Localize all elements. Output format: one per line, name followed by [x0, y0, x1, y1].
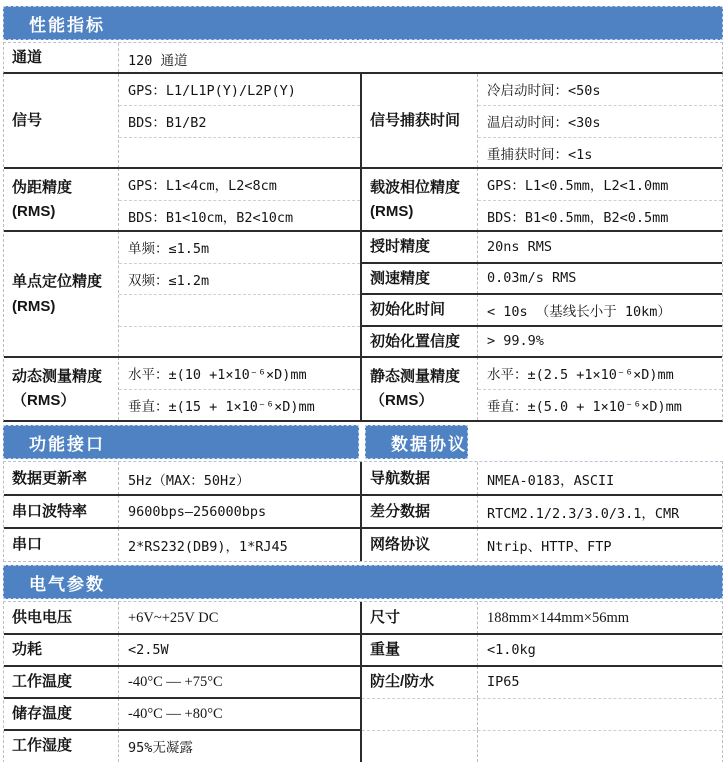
section-header-protocol: 数据协议 [365, 425, 468, 459]
spec-label-text: 通道 [12, 49, 118, 66]
electrical-grid: 供电电压 +6V~+25V DC 功耗 <2.5W 工作 [3, 601, 723, 762]
spec-label: 网络协议 [362, 528, 478, 561]
split-headers: 功能接口 数据协议 [3, 425, 723, 461]
spec-values: RTCM2.1/2.3/3.0/3.1，CMR [478, 495, 722, 528]
spec-label-sub: （RMS） [12, 392, 118, 409]
spec-value [478, 698, 722, 730]
spec-value: 垂直：±(15 + 1×10⁻⁶×D)mm [119, 389, 360, 421]
spec-group-dimensions: 尺寸 188mm×144mm×56mm [362, 602, 722, 634]
performance-grid: 信号 GPS：L1/L1P(Y)/L2P(Y) BDS：B1/B2 伪距精度 (… [3, 74, 723, 423]
section-title: 电气参数 [29, 570, 105, 595]
spec-value: GPS：L1/L1P(Y)/L2P(Y) [119, 74, 360, 106]
spec-label-text: 信号 [12, 112, 118, 129]
spec-values: 120 通道 [119, 43, 722, 72]
spec-values: GPS：L1<0.5mm，L2<1.0mm BDS：B1<0.5mm，B2<0.… [478, 168, 722, 231]
spec-value: 单频：≤1.5m [119, 231, 360, 263]
spec-values: Ntrip、HTTP、FTP [478, 528, 722, 561]
spec-values: 2*RS232(DB9)，1*RJ45 [119, 528, 360, 561]
spec-group-velocity: 测速精度 0.03m/s RMS [362, 263, 722, 295]
spec-value: <1.0kg [478, 634, 722, 666]
spec-group-signal: 信号 GPS：L1/L1P(Y)/L2P(Y) BDS：B1/B2 [4, 74, 360, 169]
spec-value: -40°C — +80°C [119, 698, 360, 730]
spec-value [119, 326, 360, 358]
spec-values: 95%无凝露 [119, 730, 360, 762]
spec-group-serial-port: 串口 2*RS232(DB9)，1*RJ45 [4, 528, 360, 561]
spec-group-weight: 重量 <1.0kg [362, 634, 722, 666]
spec-value: 20ns RMS [478, 231, 722, 263]
spec-label: 通道 [4, 43, 119, 72]
spec-label: 初始化置信度 [362, 326, 478, 358]
spec-label-sub: (RMS) [12, 203, 118, 220]
spec-value: -40°C — +75°C [119, 666, 360, 698]
spec-value: 120 通道 [119, 43, 722, 75]
spec-label-text: 数据更新率 [12, 470, 118, 487]
spec-label-text: 串口 [12, 536, 118, 553]
spec-value: 双频：≤1.2m [119, 263, 360, 295]
spec-value: 2*RS232(DB9)，1*RJ45 [119, 528, 360, 561]
spec-group-init-time: 初始化时间 < 10s （基线长小于 10km） [362, 294, 722, 326]
spec-label-text: 初始化置信度 [370, 333, 477, 350]
spec-values [478, 730, 722, 762]
section-interface-protocol: 功能接口 数据协议 数据更新率 5Hz（MAX：50Hz） 串口波特率 [3, 425, 723, 562]
spec-value: 0.03m/s RMS [478, 263, 722, 295]
spec-value: BDS：B1/B2 [119, 105, 360, 137]
spec-group-static-accuracy: 静态测量精度 （RMS） 水平：±(2.5 +1×10⁻⁶×D)mm 垂直：±(… [362, 357, 722, 420]
section-performance: 性能指标 通道 120 通道 信号 GPS：L1/L1P(Y)/L2P(Y) B… [3, 6, 723, 422]
spec-value: 9600bps—256000bps [119, 495, 360, 528]
spec-label: 载波相位精度 (RMS) [362, 168, 478, 231]
spec-values: -40°C — +75°C [119, 666, 360, 698]
performance-right-column: 信号捕获时间 冷启动时间：<50s 温启动时间：<30s 重捕获时间：<1s 载… [360, 74, 722, 421]
spec-label-text: 防尘/防水 [370, 673, 477, 690]
spec-label-text: 尺寸 [370, 609, 477, 626]
spec-value: > 99.9% [478, 326, 722, 358]
spec-label: 串口波特率 [4, 495, 119, 528]
spec-label: 信号捕获时间 [362, 74, 478, 169]
spec-group-network-protocol: 网络协议 Ntrip、HTTP、FTP [362, 528, 722, 561]
spec-label-text: 供电电压 [12, 609, 118, 626]
spec-value: NMEA-0183，ASCII [478, 462, 722, 495]
spec-values: 9600bps—256000bps [119, 495, 360, 528]
spec-group-carrier-phase: 载波相位精度 (RMS) GPS：L1<0.5mm，L2<1.0mm BDS：B… [362, 168, 722, 231]
table-row-channel: 通道 120 通道 [3, 42, 723, 74]
spec-label: 单点定位精度 (RMS) [4, 231, 119, 357]
spec-label: 数据更新率 [4, 462, 119, 495]
spec-label: 工作温度 [4, 666, 119, 698]
spec-label-sub: (RMS) [370, 203, 477, 220]
spec-group-init-confidence: 初始化置信度 > 99.9% [362, 326, 722, 358]
spec-label-text: 测速精度 [370, 270, 477, 287]
spec-value [478, 730, 722, 762]
spec-value [119, 137, 360, 169]
spec-values: +6V~+25V DC [119, 602, 360, 634]
spec-label: 功耗 [4, 634, 119, 666]
spec-group-nav-data: 导航数据 NMEA-0183，ASCII [362, 462, 722, 495]
spec-value: RTCM2.1/2.3/3.0/3.1，CMR [478, 495, 722, 528]
spec-label-text: 功耗 [12, 641, 118, 658]
section-title: 性能指标 [29, 11, 105, 36]
protocol-column: 导航数据 NMEA-0183，ASCII 差分数据 RTCM2.1/2.3/3.… [360, 462, 722, 561]
spec-values [478, 698, 722, 730]
spec-label: 串口 [4, 528, 119, 561]
spec-label-text: 动态测量精度 [12, 368, 118, 385]
spec-label-text: 导航数据 [370, 470, 477, 487]
interface-protocol-grid: 数据更新率 5Hz（MAX：50Hz） 串口波特率 9600bps—256000… [3, 461, 723, 562]
spec-label: 差分数据 [362, 495, 478, 528]
spec-label-text: 网络协议 [370, 536, 477, 553]
interface-column: 数据更新率 5Hz（MAX：50Hz） 串口波特率 9600bps—256000… [4, 462, 360, 561]
spec-value: 188mm×144mm×56mm [478, 602, 722, 634]
spec-group-baud-rate: 串口波特率 9600bps—256000bps [4, 495, 360, 528]
spec-value: 垂直：±(5.0 + 1×10⁻⁶×D)mm [478, 389, 722, 421]
spec-value: 水平：±(2.5 +1×10⁻⁶×D)mm [478, 357, 722, 389]
spec-group-storage-temp: 储存温度 -40°C — +80°C [4, 698, 360, 730]
spec-value: < 10s （基线长小于 10km） [478, 294, 722, 326]
spec-group-operating-humidity: 工作湿度 95%无凝露 [4, 730, 360, 762]
spec-group-dynamic-accuracy: 动态测量精度 （RMS） 水平：±(10 +1×10⁻⁶×D)mm 垂直：±(1… [4, 357, 360, 420]
spec-label: 静态测量精度 （RMS） [362, 357, 478, 420]
spec-label: 授时精度 [362, 231, 478, 263]
spec-label: 尺寸 [362, 602, 478, 634]
spec-values: 单频：≤1.5m 双频：≤1.2m [119, 231, 360, 357]
spec-values: 20ns RMS [478, 231, 722, 263]
spec-label-text: 重量 [370, 641, 477, 658]
spec-label: 防尘/防水 [362, 666, 478, 698]
spec-group-power-consumption: 功耗 <2.5W [4, 634, 360, 666]
spec-sheet: 性能指标 通道 120 通道 信号 GPS：L1/L1P(Y)/L2P(Y) B… [0, 0, 726, 762]
spec-values: GPS：L1<4cm，L2<8cm BDS：B1<10cm，B2<10cm [119, 168, 360, 231]
spec-group-timing: 授时精度 20ns RMS [362, 231, 722, 263]
spec-label-text: 工作温度 [12, 673, 118, 690]
section-electrical: 电气参数 供电电压 +6V~+25V DC 功耗 <2.5W [3, 565, 723, 762]
spec-values: IP65 [478, 666, 722, 698]
spec-label-text: 差分数据 [370, 503, 477, 520]
spec-value: GPS：L1<0.5mm，L2<1.0mm [478, 168, 722, 200]
spec-values: 水平：±(2.5 +1×10⁻⁶×D)mm 垂直：±(5.0 + 1×10⁻⁶×… [478, 357, 722, 420]
spec-label: 测速精度 [362, 263, 478, 295]
section-title: 功能接口 [29, 430, 105, 455]
spec-values: NMEA-0183，ASCII [478, 462, 722, 495]
spec-label-text: 储存温度 [12, 705, 118, 722]
spec-values: 188mm×144mm×56mm [478, 602, 722, 634]
spec-values: 0.03m/s RMS [478, 263, 722, 295]
spec-value: Ntrip、HTTP、FTP [478, 528, 722, 561]
section-header-electrical: 电气参数 [3, 565, 723, 599]
spec-values: > 99.9% [478, 326, 722, 358]
spec-group-diff-data: 差分数据 RTCM2.1/2.3/3.0/3.1，CMR [362, 495, 722, 528]
spec-value: 95%无凝露 [119, 730, 360, 762]
spec-value: 水平：±(10 +1×10⁻⁶×D)mm [119, 357, 360, 389]
spec-label-sub: (RMS) [12, 298, 118, 315]
spec-group-empty [362, 698, 722, 730]
spec-values: 水平：±(10 +1×10⁻⁶×D)mm 垂直：±(15 + 1×10⁻⁶×D)… [119, 357, 360, 420]
spec-label-text: 信号捕获时间 [370, 112, 477, 129]
section-header-performance: 性能指标 [3, 6, 723, 40]
spec-group-operating-temp: 工作温度 -40°C — +75°C [4, 666, 360, 698]
spec-values: 5Hz（MAX：50Hz） [119, 462, 360, 495]
spec-value: 温启动时间：<30s [478, 105, 722, 137]
spec-group-supply-voltage: 供电电压 +6V~+25V DC [4, 602, 360, 634]
spec-label: 信号 [4, 74, 119, 169]
spec-group-ip-rating: 防尘/防水 IP65 [362, 666, 722, 698]
spec-label [362, 698, 478, 730]
spec-value: <2.5W [119, 634, 360, 666]
spec-label-text: 静态测量精度 [370, 368, 477, 385]
spec-label [362, 730, 478, 762]
spec-label: 导航数据 [362, 462, 478, 495]
spec-label-text: 载波相位精度 [370, 179, 477, 196]
spec-label: 重量 [362, 634, 478, 666]
spec-values: < 10s （基线长小于 10km） [478, 294, 722, 326]
spec-label-text: 授时精度 [370, 238, 477, 255]
spec-group-acquisition: 信号捕获时间 冷启动时间：<50s 温启动时间：<30s 重捕获时间：<1s [362, 74, 722, 169]
spec-group-single-point: 单点定位精度 (RMS) 单频：≤1.5m 双频：≤1.2m [4, 231, 360, 357]
spec-label: 初始化时间 [362, 294, 478, 326]
spec-value: IP65 [478, 666, 722, 698]
electrical-left-column: 供电电压 +6V~+25V DC 功耗 <2.5W 工作 [4, 602, 360, 762]
spec-value: 5Hz（MAX：50Hz） [119, 462, 360, 495]
spec-label-text: 串口波特率 [12, 503, 118, 520]
spec-label: 储存温度 [4, 698, 119, 730]
section-title: 数据协议 [391, 430, 467, 455]
spec-value: GPS：L1<4cm，L2<8cm [119, 168, 360, 200]
spec-label-text: 伪距精度 [12, 179, 118, 196]
spec-label-text: 初始化时间 [370, 301, 477, 318]
spec-label-sub: （RMS） [370, 392, 477, 409]
spec-label: 工作湿度 [4, 730, 119, 762]
spec-value: +6V~+25V DC [119, 602, 360, 634]
spec-label: 伪距精度 (RMS) [4, 168, 119, 231]
spec-label: 动态测量精度 （RMS） [4, 357, 119, 420]
spec-value [119, 294, 360, 326]
spec-group-pseudorange: 伪距精度 (RMS) GPS：L1<4cm，L2<8cm BDS：B1<10cm… [4, 168, 360, 231]
spec-label-text: 单点定位精度 [12, 273, 118, 290]
spec-label: 供电电压 [4, 602, 119, 634]
spec-value: 冷启动时间：<50s [478, 74, 722, 106]
spec-values: 冷启动时间：<50s 温启动时间：<30s 重捕获时间：<1s [478, 74, 722, 169]
spec-value: BDS：B1<0.5mm，B2<0.5mm [478, 200, 722, 232]
spec-value: 重捕获时间：<1s [478, 137, 722, 169]
spec-group-update-rate: 数据更新率 5Hz（MAX：50Hz） [4, 462, 360, 495]
spec-values: GPS：L1/L1P(Y)/L2P(Y) BDS：B1/B2 [119, 74, 360, 169]
spec-value: BDS：B1<10cm，B2<10cm [119, 200, 360, 232]
spec-values: <2.5W [119, 634, 360, 666]
spec-group-empty [362, 730, 722, 762]
electrical-right-column: 尺寸 188mm×144mm×56mm 重量 <1.0kg [360, 602, 722, 762]
spec-values: -40°C — +80°C [119, 698, 360, 730]
performance-left-column: 信号 GPS：L1/L1P(Y)/L2P(Y) BDS：B1/B2 伪距精度 (… [4, 74, 360, 421]
section-header-interface: 功能接口 [3, 425, 359, 459]
spec-values: <1.0kg [478, 634, 722, 666]
spec-label-text: 工作湿度 [12, 737, 118, 754]
